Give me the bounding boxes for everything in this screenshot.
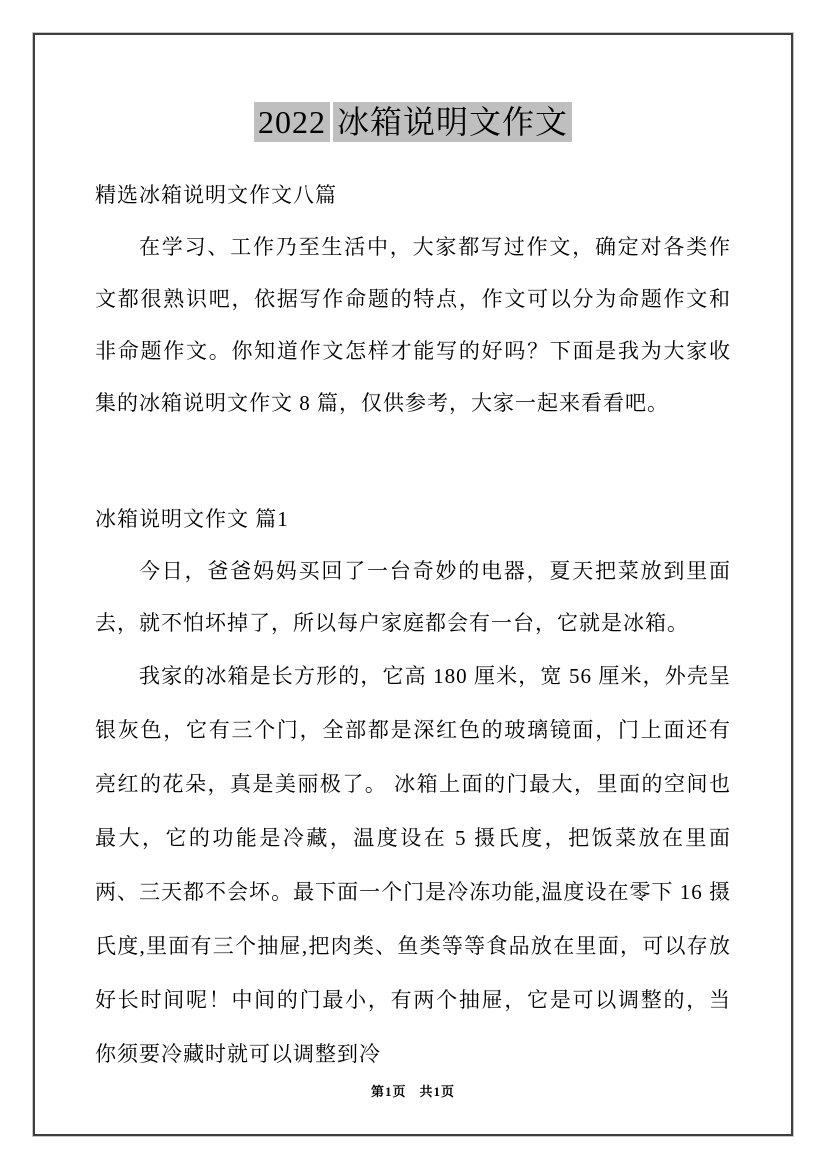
document-title: 2022冰箱说明文作文 (95, 98, 731, 146)
intro-paragraph: 在学习、工作乃至生活中，大家都写过作文，确定对各类作文都很熟识吧，依据写作命题的… (95, 221, 731, 429)
title-main-text: 冰箱说明文作文 (333, 102, 572, 142)
footer-total-pages: 共1页 (420, 1084, 456, 1099)
section-1-paragraph-2: 我家的冰箱是长方形的，它高 180 厘米，宽 56 厘米，外壳呈银灰色，它有三个… (95, 649, 731, 1081)
section-1-paragraph-1: 今日，爸爸妈妈买回了一台奇妙的电器，夏天把菜放到里面去，就不怕坏掉了，所以每户家… (95, 545, 731, 649)
section-1-heading: 冰箱说明文作文 篇1 (95, 493, 731, 545)
lead-line: 精选冰箱说明文作文八篇 (95, 170, 731, 221)
page-footer: 第1页共1页 (35, 1081, 791, 1100)
title-year-text: 2022 (254, 102, 330, 142)
page-sheet: 2022冰箱说明文作文 精选冰箱说明文作文八篇 在学习、工作乃至生活中，大家都写… (33, 33, 793, 1136)
footer-current-page: 第1页 (371, 1084, 407, 1099)
document-viewport: 2022冰箱说明文作文 精选冰箱说明文作文八篇 在学习、工作乃至生活中，大家都写… (0, 0, 827, 1170)
